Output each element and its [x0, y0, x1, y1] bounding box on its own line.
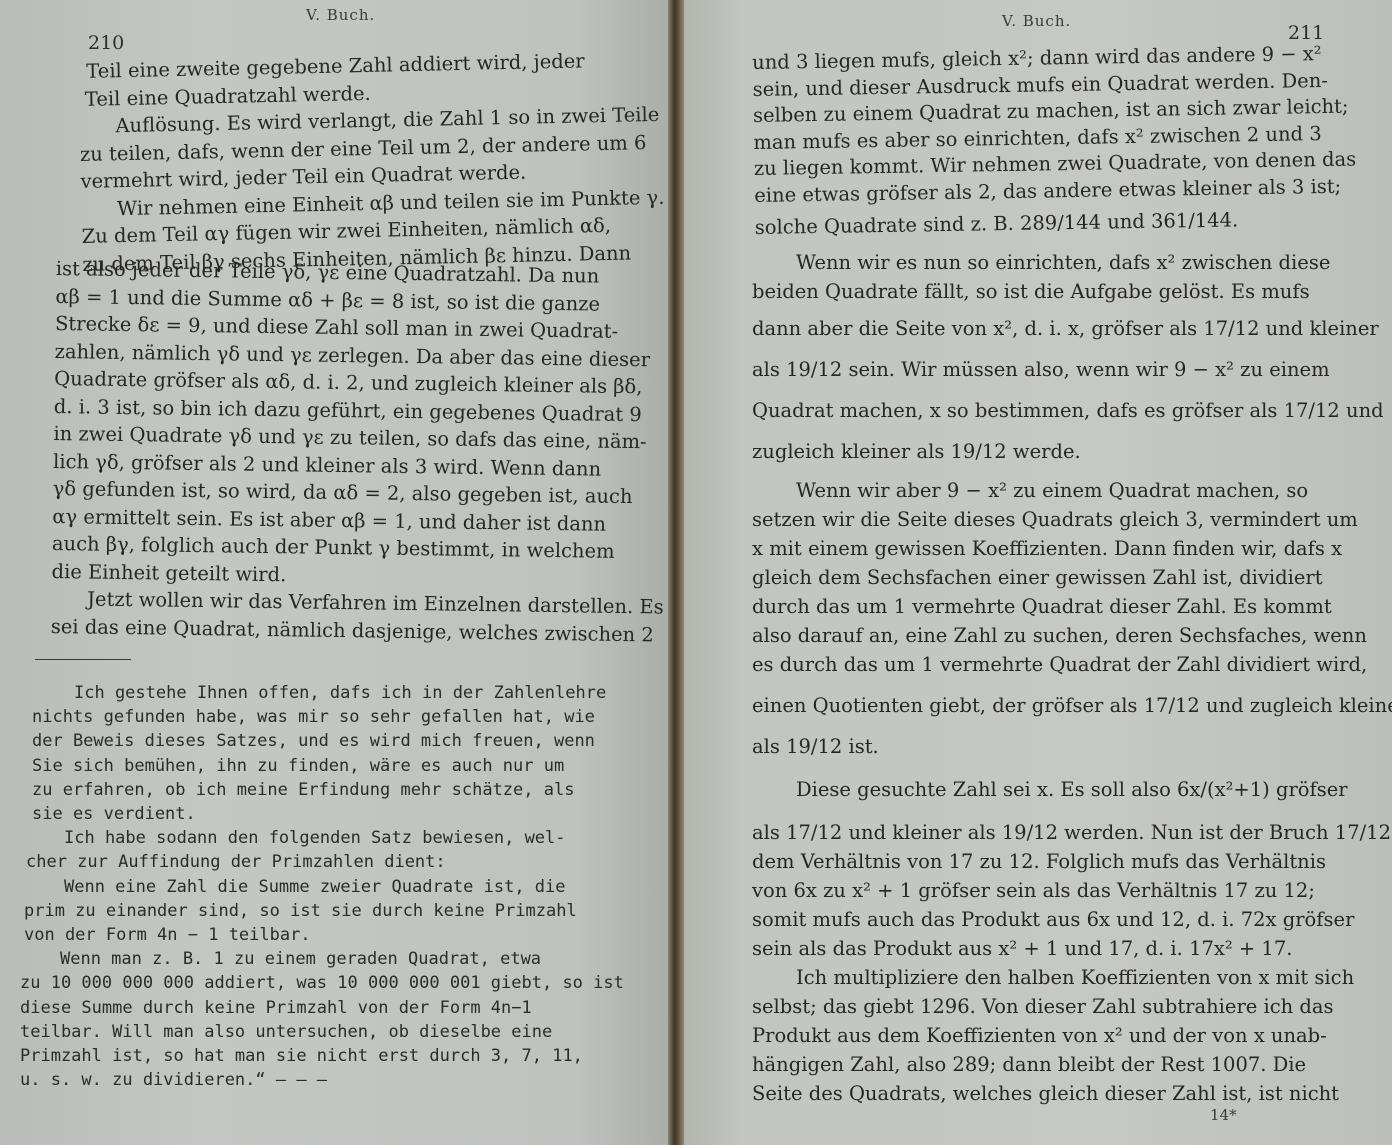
text-line: also darauf an, eine Zahl zu suchen, der… — [752, 621, 1352, 650]
footnote-line: Ich habe sodann den folgenden Satz bewie… — [20, 826, 625, 850]
text-line: als 19/12 ist. — [752, 732, 1352, 761]
open-book-spread: V. Buch. 210 Teil eine zweite gegebene Z… — [0, 0, 1392, 1145]
left-page-body-cont: ist also jeder der Teile γδ, γε eine Qua… — [51, 255, 630, 648]
text-line: als 19/12 sein. Wir müssen also, wenn wi… — [752, 355, 1352, 384]
text-line: zugleich kleiner als 19/12 werde. — [752, 437, 1352, 466]
footnote-block: Ich gestehe Ihnen offen, dafs ich in der… — [20, 681, 625, 1092]
footnote-line: Primzahl ist, so hat man sie nicht erst … — [20, 1044, 625, 1068]
text-line: x mit einem gewissen Koeffizienten. Dann… — [752, 534, 1352, 563]
footnote-line: Wenn eine Zahl die Summe zweier Quadrate… — [20, 875, 625, 899]
text-line: Diese gesuchte Zahl sei x. Es soll also … — [752, 775, 1352, 804]
text-line: Wenn wir es nun so einrichten, dafs x² z… — [752, 248, 1352, 277]
text-line: selbst; das giebt 1296. Von dieser Zahl … — [752, 992, 1352, 1021]
page-number-left: 210 — [88, 32, 124, 54]
text-line: gleich dem Sechsfachen einer gewissen Za… — [752, 563, 1352, 592]
text-line: hängigen Zahl, also 289; dann bleibt der… — [752, 1050, 1352, 1079]
text-line: als 17/12 und kleiner als 19/12 werden. … — [752, 818, 1352, 847]
left-page: V. Buch. 210 Teil eine zweite gegebene Z… — [0, 0, 676, 1145]
text-line: somit mufs auch das Produkt aus 6x und 1… — [752, 905, 1352, 934]
footnote-line: cher zur Auffindung der Primzahlen dient… — [20, 850, 625, 874]
text-line: Produkt aus dem Koeffizienten von x² und… — [752, 1021, 1352, 1050]
footnote-line: sie es verdient. — [20, 802, 625, 826]
footnote-line: teilbar. Will man also untersuchen, ob d… — [20, 1020, 625, 1044]
text-line: sein als das Produkt aus x² + 1 und 17, … — [752, 934, 1352, 963]
running-head-left: V. Buch. — [306, 6, 375, 24]
footnote-line: Wenn man z. B. 1 zu einem geraden Quadra… — [20, 947, 625, 971]
text-line: Wenn wir aber 9 − x² zu einem Quadrat ma… — [752, 476, 1352, 505]
text-line: Ich multipliziere den halben Koeffizient… — [752, 963, 1352, 992]
right-page: V. Buch. 211 und 3 liegen mufs, gleich x… — [684, 0, 1392, 1145]
footnote-line: der Beweis dieses Satzes, und es wird mi… — [20, 729, 625, 753]
signature-mark: 14* — [1210, 1106, 1237, 1124]
footnote-line: zu erfahren, ob ich meine Erfindung mehr… — [20, 778, 625, 802]
text-line: setzen wir die Seite dieses Quadrats gle… — [752, 505, 1352, 534]
text-line: Quadrat machen, x so bestimmen, dafs es … — [752, 396, 1352, 425]
footnote-line: von der Form 4n − 1 teilbar. — [20, 923, 625, 947]
footnote-line: Sie sich bemühen, ihn zu finden, wäre es… — [20, 754, 625, 778]
right-page-body-top: und 3 liegen mufs, gleich x²; dann wird … — [752, 41, 1345, 242]
text-line: durch das um 1 vermehrte Quadrat dieser … — [752, 592, 1352, 621]
right-page-body: Wenn wir es nun so einrichten, dafs x² z… — [752, 248, 1352, 1108]
footnote-line: nichts gefunden habe, was mir so sehr ge… — [20, 705, 625, 729]
footnote-line: Ich gestehe Ihnen offen, dafs ich in der… — [20, 681, 625, 705]
left-page-body: Teil eine zweite gegebene Zahl addiert w… — [78, 46, 634, 278]
text-line: dem Verhältnis von 17 zu 12. Folglich mu… — [752, 847, 1352, 876]
text-line: von 6x zu x² + 1 gröfser sein als das Ve… — [752, 876, 1352, 905]
footnote-line: diese Summe durch keine Primzahl von der… — [20, 996, 625, 1020]
text-line: Seite des Quadrats, welches gleich diese… — [752, 1079, 1352, 1108]
footnote-line: prim zu einander sind, so ist sie durch … — [20, 899, 625, 923]
footnote-divider — [35, 659, 131, 660]
text-line: solche Quadrate sind z. B. 289/144 und 3… — [755, 206, 1345, 242]
footnote-line: zu 10 000 000 000 addiert, was 10 000 00… — [20, 971, 625, 995]
running-head-right: V. Buch. — [1002, 12, 1071, 30]
footnote-line: u. s. w. zu dividieren.“ — — — — [20, 1068, 625, 1092]
text-line: beiden Quadrate fällt, so ist die Aufgab… — [752, 277, 1352, 306]
text-line: einen Quotienten giebt, der gröfser als … — [752, 691, 1352, 720]
text-line: dann aber die Seite von x², d. i. x, grö… — [752, 314, 1352, 343]
text-line: es durch das um 1 vermehrte Quadrat der … — [752, 650, 1352, 679]
